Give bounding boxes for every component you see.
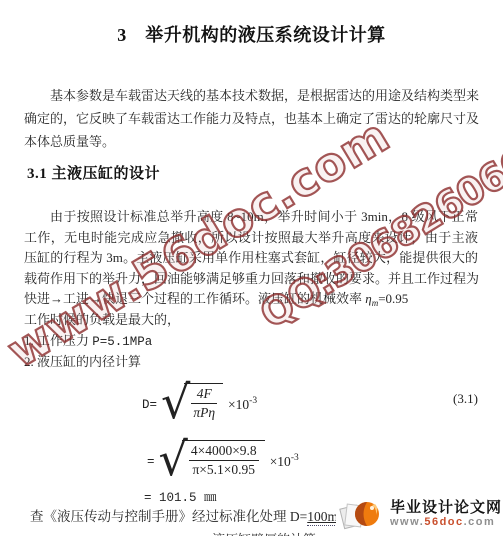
multiplier-exponent: -3 — [249, 396, 257, 406]
document-page: 3 举升机构的液压系统设计计算 基本参数是车载雷达天线的基本技术数据，是根据雷达… — [0, 0, 503, 536]
fraction: 4×4000×9.8 π×5.1×0.95 — [189, 443, 259, 478]
formula-bore-diameter: D= √ 4F πPη ×10-3 — [142, 383, 257, 423]
logo-url-suffix: .com — [464, 516, 496, 528]
multiplier: ×10-3 — [270, 454, 299, 470]
result-value: = 101.5 ㎜ — [144, 487, 217, 505]
formula-substituted: = √ 4×4000×9.8 π×5.1×0.95 ×10-3 — [147, 440, 299, 480]
standards-note: 查《液压传动与控制手册》经过标准化处理 D=100mm — [30, 505, 349, 525]
paragraph-line: 快进→工进→快退三个过程的工作循环。液压缸的机械效率 ηm=0.95 — [24, 289, 478, 310]
paragraph-line: 基本参数是车载雷达天线的基本技术数据，是根据雷达的用途及结构类型来 — [24, 84, 478, 107]
square-root: √ 4F πPη — [161, 383, 223, 423]
paragraph-line: 工作时候的负载是最大的， — [24, 310, 478, 331]
fraction-denominator: π×5.1×0.95 — [189, 460, 259, 478]
list-item-working-pressure: 1. 工作压力 P=5.1MPa — [24, 331, 478, 353]
logo-url-prefix: www. — [390, 516, 424, 528]
square-root: √ 4×4000×9.8 π×5.1×0.95 — [159, 440, 265, 480]
partial-next-line: 液压缸壁厚的计算…… — [212, 529, 342, 536]
site-logo: 毕业设计论文网 www.56doc.com — [336, 494, 502, 534]
working-pressure-value: P=5.1MPa — [92, 335, 152, 349]
logo-icon — [336, 494, 388, 534]
multiplier: ×10-3 — [228, 397, 257, 413]
formula-lhs: D= — [142, 398, 157, 412]
fraction: 4F πPη — [191, 386, 217, 421]
fraction-numerator: 4×4000×9.8 — [189, 443, 259, 460]
paragraph-line: 由于按照设计标准总举升高度 8~10m，举升时间小于 3min，8 级风下正常 — [24, 207, 478, 228]
chapter-title: 3 举升机构的液压系统设计计算 — [0, 21, 503, 47]
logo-site-url: www.56doc.com — [390, 516, 502, 529]
logo-url-domain: 56doc — [424, 516, 463, 528]
fraction-denominator: πPη — [191, 403, 217, 421]
design-paragraph: 由于按照设计标准总举升高度 8~10m，举升时间小于 3min，8 级风下正常 … — [24, 207, 478, 373]
multiplier-base: ×10 — [270, 454, 291, 469]
list-item-bore-calculation: 2. 液压缸的内径计算 — [24, 352, 478, 373]
standards-note-text: 查《液压传动与控制手册》经过标准化处理 D= — [30, 509, 307, 524]
paragraph-line: 确定的，它反映了车载雷达工作能力及特点，也基本上确定了雷达的轮廓尺寸及 — [24, 107, 478, 130]
multiplier-base: ×10 — [228, 397, 249, 412]
paragraph-line: 载荷作用下的举升力，回油能够满足够重力回落和撤收的要求。并且工作过程为 — [24, 269, 478, 290]
section-heading: 3.1 主液压缸的设计 — [27, 162, 160, 183]
paragraph-line: 工作，无电时能完成应急撤收，所以设计按照最大举升高度来设计，由于主液 — [24, 228, 478, 249]
paragraph-text: 快进→工进→快退三个过程的工作循环。液压缸的机械效率 — [24, 291, 365, 306]
equation-number: (3.1) — [453, 391, 478, 407]
efficiency-expression: ηm=0.95 — [365, 291, 408, 306]
eta-value: =0.95 — [378, 291, 408, 306]
intro-paragraph: 基本参数是车载雷达天线的基本技术数据，是根据雷达的用途及结构类型来 确定的，它反… — [24, 84, 478, 153]
fraction-numerator: 4F — [191, 386, 217, 403]
paragraph-line: 本体总质量等。 — [24, 130, 478, 153]
paragraph-line: 压缸的行程为 3m。主液压缸采用单作用柱塞式套缸，缸径较大，能提供很大的 — [24, 248, 478, 269]
formula-lhs: = — [147, 455, 155, 469]
logo-text: 毕业设计论文网 www.56doc.com — [390, 499, 502, 529]
list-item-label: 1. 工作压力 — [24, 333, 92, 348]
multiplier-exponent: -3 — [291, 453, 299, 463]
logo-site-name: 毕业设计论文网 — [390, 499, 502, 516]
